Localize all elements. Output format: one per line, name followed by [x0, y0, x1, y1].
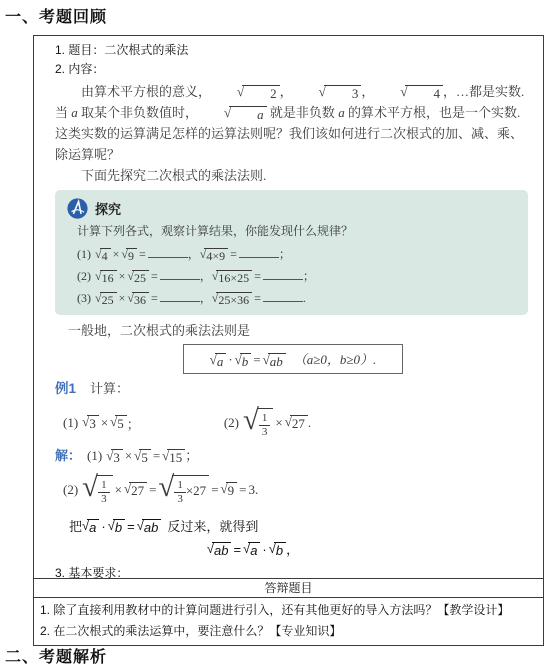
equals-sign: = [149, 269, 160, 283]
sqrt-a-expression: a [198, 106, 267, 122]
result: 3. [249, 482, 259, 498]
sqrt-product-expression: 25×36 [212, 292, 252, 307]
times-sign: × [123, 448, 134, 463]
rule-formula-box: a·b=ab（a≥0，b≥0）. [183, 344, 404, 374]
fraction: 13 [259, 412, 271, 438]
sqrt-product-expression: 4×9 [200, 248, 228, 263]
dot-sign: · [260, 539, 268, 561]
sqrt-15: 15 [162, 449, 185, 465]
sqrt-a: a [82, 519, 99, 535]
item-number: (3) [77, 291, 91, 305]
sqrt-expression: 4 [95, 248, 111, 263]
equals-sign: = [231, 539, 243, 561]
times-sign: × [117, 269, 128, 283]
sqrt-2-expression: 2 [211, 85, 280, 101]
item-number: (1) [77, 247, 91, 261]
reverse-text: 把 [69, 515, 82, 539]
equals-sign: = [149, 291, 160, 305]
sqrt-expression: 9 [121, 248, 137, 263]
sqrt-product-expression: 16×25 [212, 270, 252, 285]
sqrt-ab: ab [263, 353, 286, 369]
compass-icon [67, 198, 88, 219]
sqrt-expression: 36 [127, 292, 149, 307]
item-number: (2) [77, 269, 91, 283]
comma: ， [200, 291, 212, 305]
sqrt-3-expression: 3 [293, 85, 362, 101]
sqrt-a: a [210, 353, 227, 369]
solution-label: 解： [55, 445, 81, 467]
times-sign: × [111, 247, 122, 261]
sqrt-5: 5 [134, 449, 151, 465]
expression-end: ； [127, 414, 140, 433]
rule-intro: 一般地，二次根式的乘法法则是 [55, 320, 531, 341]
para-text: 取某个非负数值时， [78, 105, 198, 120]
item-number: (2) [63, 482, 78, 498]
expression-end: ； [185, 448, 198, 463]
section-heading-analysis: 二、考题解析 [5, 644, 107, 666]
item-end: . [303, 291, 306, 305]
reverse-line: 把a·b=ab反过来，就得到 [69, 515, 531, 539]
equals-sign: = [147, 482, 158, 498]
sqrt-9: 9 [221, 482, 238, 498]
answer-blank [160, 267, 200, 280]
defense-question-1: 1. 除了直接利用教材中的计算问题进行引入，还有其他更好的导入方法吗？【教学设计… [40, 600, 537, 621]
equals-sign: = [237, 482, 248, 498]
question-content-cell: 1. 题目：二次根式的乘法 2. 内容： 由算术平方根的意义，2，3，4，…都是… [34, 36, 543, 578]
equals-sign: = [228, 247, 239, 261]
sqrt-one-third: 13 [82, 475, 112, 505]
times-sign: × [99, 415, 110, 431]
dot-sign: · [226, 352, 234, 367]
example-expressions: (1)3×5； (2)13×27. [63, 403, 531, 443]
equals-sign: = [151, 448, 162, 463]
equals-sign: = [252, 291, 263, 305]
answer-blank [160, 289, 200, 302]
equals-sign: = [251, 352, 262, 367]
lead-in-line: 下面先探究二次根式的乘法法则. [55, 165, 531, 186]
defense-questions: 1. 除了直接利用教材中的计算问题进行引入，还有其他更好的导入方法吗？【教学设计… [34, 598, 543, 645]
solution-expression-1: (1)3×5=15； [87, 445, 198, 467]
times-sign: × [113, 482, 124, 498]
requirements-title: 3. 基本要求： [55, 564, 531, 578]
sqrt-5: 5 [110, 415, 127, 431]
explore-item-2: (2)16×25=，16×25=； [77, 265, 516, 287]
defense-question-2: 2. 在二次根式的乘法运算中，要注意什么？【专业知识】 [40, 621, 537, 642]
fraction: 13 [174, 479, 186, 505]
sqrt-one-third: 13 [243, 408, 273, 438]
item-end: ； [279, 247, 291, 261]
example-label: 例1 [55, 381, 76, 396]
reverse-formula: ab=a·b， [55, 539, 451, 561]
sqrt-b: b [108, 519, 125, 535]
times-sign: × [273, 415, 284, 431]
explore-item-3: (3)25×36=，25×36=. [77, 287, 516, 309]
sqrt-4-expression: 4 [374, 85, 443, 101]
sqrt-a: a [243, 542, 260, 558]
comma: ， [188, 247, 200, 261]
solution-line-2: (2)13×27=13×27=9=3. [63, 469, 531, 511]
example-heading: 例1计算： [55, 379, 531, 399]
fraction: 13 [98, 479, 110, 505]
item-number: (2) [224, 415, 239, 431]
para-text: 由算术平方根的意义， [81, 84, 211, 99]
equals-sign: = [125, 515, 137, 539]
intro-paragraph: 由算术平方根的意义，2，3，4，…都是实数. 当 a 取某个非负数值时，a 就是… [55, 81, 531, 165]
rule-condition: （a≥0，b≥0）. [294, 352, 377, 367]
para-text: ， [280, 84, 293, 99]
item-end: ； [303, 269, 315, 283]
example-expression-1: (1)3×5； [63, 414, 140, 433]
sqrt-b: b [269, 542, 286, 558]
sqrt-ab: ab [207, 542, 232, 558]
equals-sign: = [137, 247, 148, 261]
expression-end: . [308, 415, 311, 431]
equals-sign: = [252, 269, 263, 283]
explore-label: 探究 [95, 199, 121, 218]
topic-line: 1. 题目：二次根式的乘法 [55, 41, 531, 60]
sqrt-expression: 25 [95, 292, 117, 307]
explore-item-1: (1)4×9=，4×9=； [77, 243, 516, 265]
reverse-text: 反过来，就得到 [167, 515, 258, 539]
formula-end: ， [286, 539, 299, 561]
answer-blank [263, 289, 303, 302]
para-text: 就是非负数 [267, 105, 339, 120]
sqrt-expression: 16 [95, 270, 117, 285]
sqrt-b: b [235, 353, 252, 369]
content-label: 2. 内容： [55, 60, 531, 79]
answer-blank [239, 245, 279, 258]
example-expression-2: (2)13×27. [224, 408, 311, 438]
explore-title-row: 探究 [67, 196, 516, 220]
radicand-rest: ×27 [186, 483, 206, 498]
para-text: ， [361, 84, 374, 99]
explore-prompt: 计算下列各式，观察计算结果，你能发现什么规律？ [77, 221, 516, 241]
solution-line-1: 解：(1)3×5=15； [55, 445, 531, 467]
sqrt-3: 3 [106, 449, 123, 465]
sqrt-27: 27 [285, 415, 308, 431]
sqrt-3: 3 [82, 415, 99, 431]
times-sign: × [117, 291, 128, 305]
item-number: (1) [87, 448, 102, 463]
dot-sign: · [99, 515, 107, 539]
question-table: 1. 题目：二次根式的乘法 2. 内容： 由算术平方根的意义，2，3，4，…都是… [33, 35, 544, 646]
sqrt-one-third-times-27: 13×27 [158, 475, 209, 505]
sqrt-expression: 25 [127, 270, 149, 285]
sqrt-ab: ab [137, 519, 162, 535]
section-heading-review: 一、考题回顾 [5, 4, 107, 27]
explore-box: 探究 计算下列各式，观察计算结果，你能发现什么规律？ (1)4×9=，4×9=；… [55, 190, 528, 315]
answer-blank [148, 245, 188, 258]
example-task: 计算： [90, 381, 129, 396]
answer-blank [263, 267, 303, 280]
sqrt-27: 27 [124, 482, 147, 498]
equals-sign: = [209, 482, 220, 498]
item-number: (1) [63, 415, 78, 431]
comma: ， [200, 269, 212, 283]
defense-header: 答辩题目 [34, 578, 543, 598]
